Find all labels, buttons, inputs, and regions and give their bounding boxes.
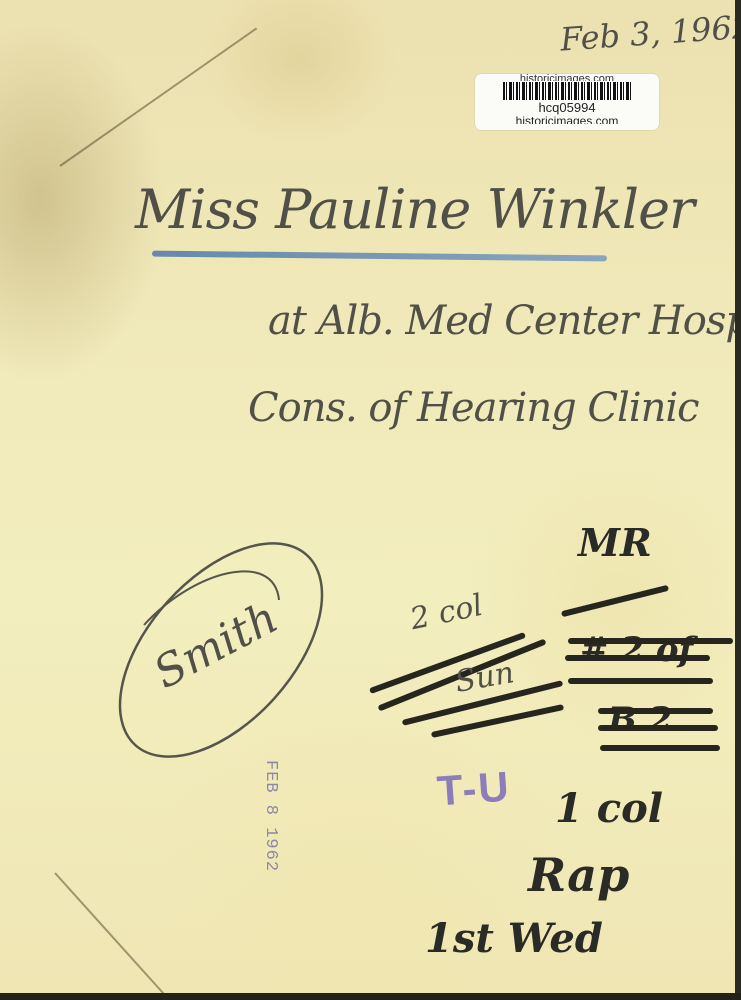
scan-edge-bottom	[0, 993, 741, 1000]
paper-crease-bottom	[54, 872, 166, 996]
strike-line	[598, 708, 713, 714]
caption-line-location: at Alb. Med Center Hosp.	[268, 298, 741, 344]
note-rap: Rap	[528, 848, 629, 902]
sticker-barcode-id: hcq05994	[475, 100, 659, 115]
crossed-note-number: # 2 of	[580, 630, 693, 670]
sticker-bottom-text: historicimages.com	[475, 115, 659, 124]
caption-name: Miss Pauline Winkler	[135, 178, 694, 241]
barcode-icon	[503, 82, 631, 100]
strike-line	[568, 678, 713, 684]
sticker-top-text: historicimages.com	[475, 74, 659, 81]
editor-initials-underline	[561, 585, 669, 617]
strike-line	[600, 745, 720, 751]
archive-barcode-sticker: historicimages.com hcq05994 historicimag…	[475, 74, 659, 130]
section-stamp: T-U	[435, 762, 512, 815]
photo-back-paper: Feb 3, 1962 historicimages.com hcq05994 …	[0, 0, 735, 993]
received-date-stamp: FEB 8 1962	[261, 760, 280, 872]
strike-line	[598, 725, 718, 731]
crossed-note-col: 2 col	[407, 588, 486, 637]
note-column-count: 1 col	[555, 785, 663, 832]
caption-line-department: Cons. of Hearing Clinic	[248, 385, 699, 431]
paper-crease-top	[59, 28, 257, 167]
strike-line	[568, 638, 733, 644]
blue-underline	[152, 251, 607, 262]
strike-line	[565, 655, 710, 661]
handwritten-date: Feb 3, 1962	[559, 7, 741, 58]
editor-initials: MR	[578, 520, 652, 565]
scan-edge-right	[735, 0, 741, 1000]
crossed-note-page: B 2	[608, 700, 672, 740]
note-run-date: 1st Wed	[425, 915, 603, 962]
